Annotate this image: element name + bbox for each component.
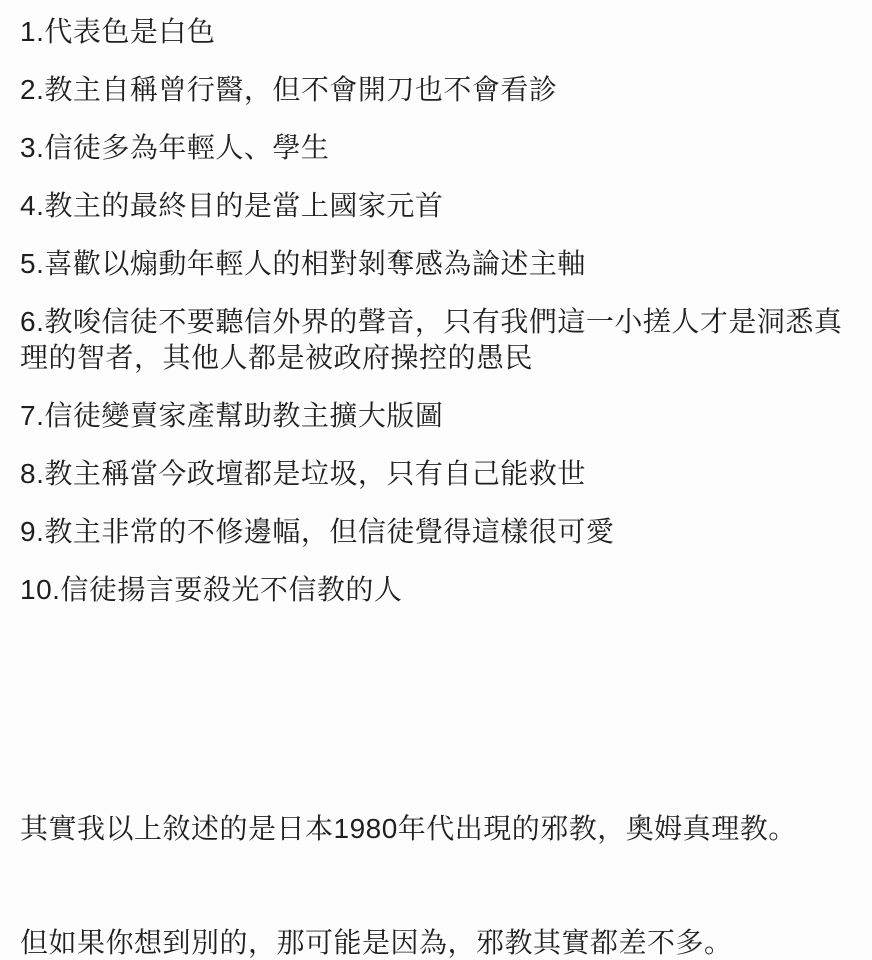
conclusion-line-1: 其實我以上敘述的是日本1980年代出現的邪教，奧姆真理教。 bbox=[20, 811, 864, 847]
list-item-10: 10.信徒揚言要殺光不信教的人 bbox=[20, 572, 864, 608]
list-item-2: 2.教主自稱曾行醫，但不會開刀也不會看診 bbox=[20, 72, 864, 108]
document-body: 1.代表色是白色 2.教主自稱曾行醫，但不會開刀也不會看診 3.信徒多為年輕人、… bbox=[0, 0, 872, 960]
list-item-5: 5.喜歡以煽動年輕人的相對剝奪感為論述主軸 bbox=[20, 246, 864, 282]
list-item-6: 6.教唆信徒不要聽信外界的聲音，只有我們這一小搓人才是洞悉真理的智者，其他人都是… bbox=[20, 304, 864, 376]
list-item-3: 3.信徒多為年輕人、學生 bbox=[20, 130, 864, 166]
list-item-1: 1.代表色是白色 bbox=[20, 14, 864, 50]
list-item-7: 7.信徒變賣家產幫助教主擴大版圖 bbox=[20, 398, 864, 434]
list-item-9: 9.教主非常的不修邊幅，但信徒覺得這樣很可愛 bbox=[20, 514, 864, 550]
list-item-4: 4.教主的最終目的是當上國家元首 bbox=[20, 188, 864, 224]
list-item-8: 8.教主稱當今政壇都是垃圾，只有自己能救世 bbox=[20, 456, 864, 492]
conclusion-line-2: 但如果你想到別的，那可能是因為，邪教其實都差不多。 bbox=[20, 925, 864, 960]
